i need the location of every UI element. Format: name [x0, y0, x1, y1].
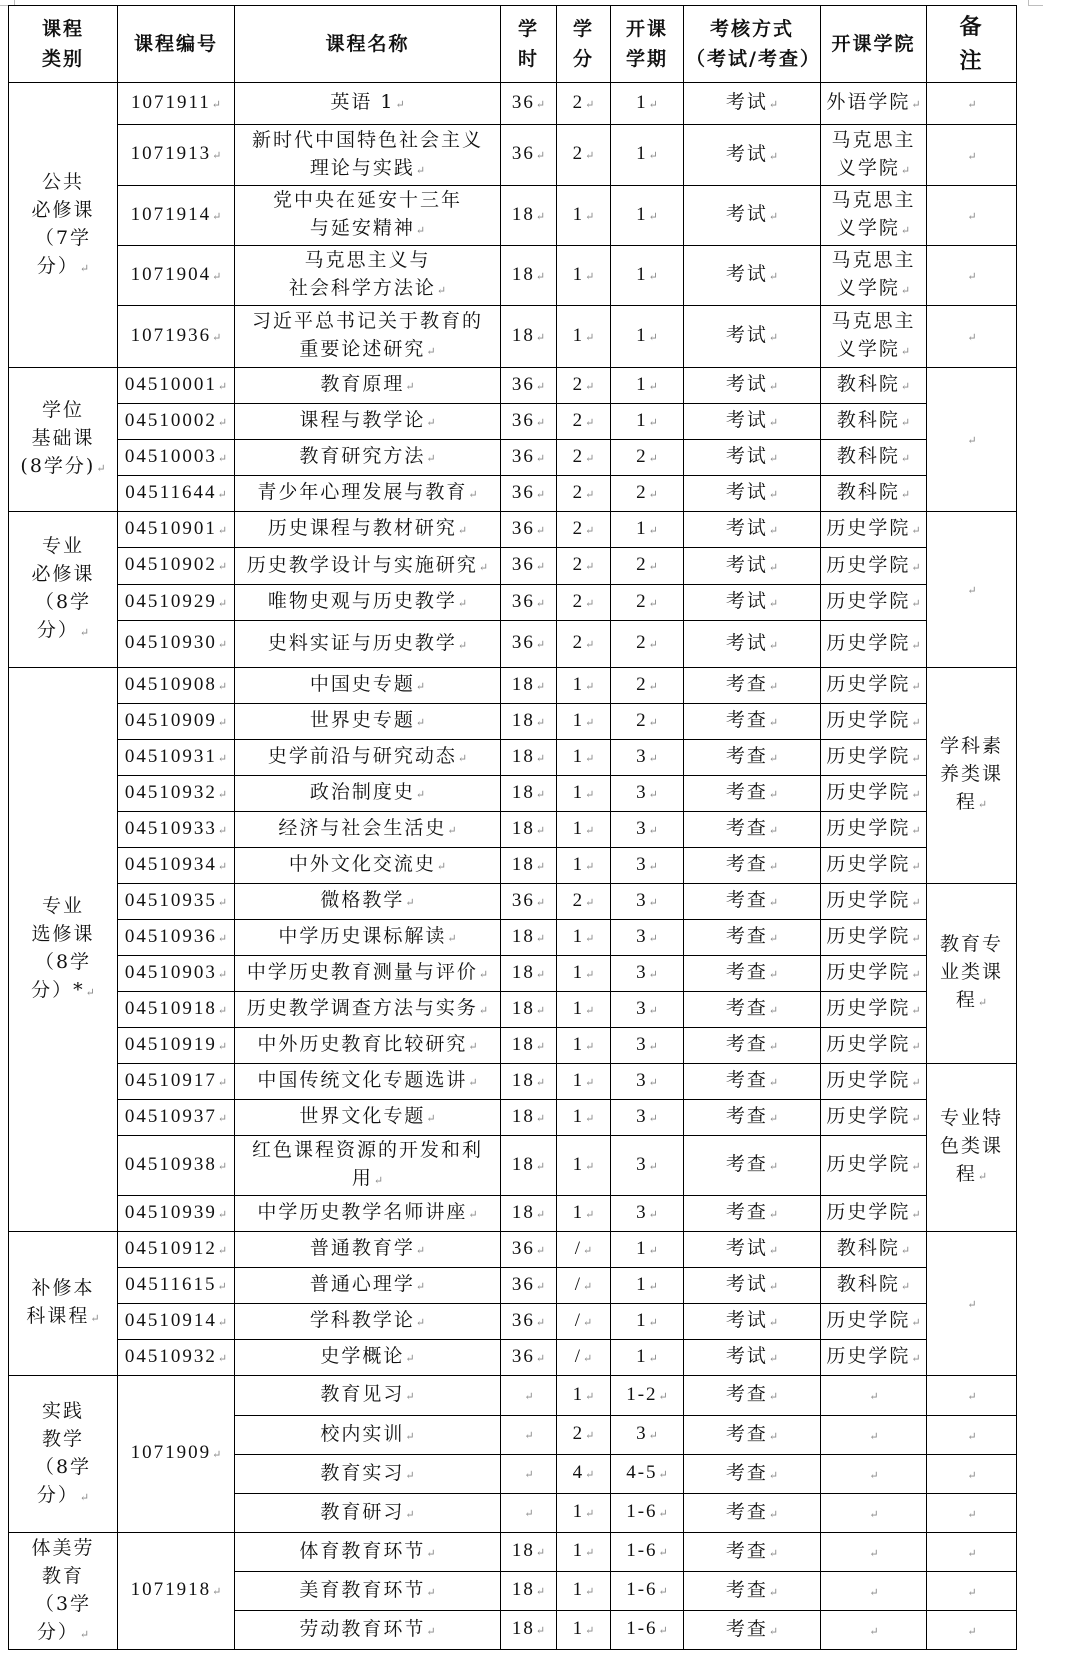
paragraph-mark-icon: ↵ [869, 1430, 878, 1443]
term-cell: 1↵ [611, 1232, 684, 1268]
paragraph-mark-icon: ↵ [769, 896, 778, 909]
course-name-cell: 教育见习↵ [235, 1376, 501, 1416]
paragraph-mark-icon: ↵ [585, 681, 594, 693]
remark-cell: ↵ [927, 1494, 1017, 1533]
hours-cell: 18↵ [501, 848, 557, 884]
college-cell-text: 历史学院 [826, 1201, 910, 1223]
paragraph-mark-icon: ↵ [536, 639, 545, 651]
assessment-cell-text: 考试 [726, 481, 768, 503]
category-cell: 补修本科课程↵ [9, 1232, 118, 1376]
credits-cell-text: 1 [573, 926, 585, 947]
paragraph-mark-icon: ↵ [585, 525, 594, 537]
paragraph-mark-icon: ↵ [80, 262, 89, 275]
course-name-cell: 青少年心理发展与教育↵ [235, 476, 501, 512]
credits-cell: 1↵ [557, 812, 611, 848]
credits-cell: 2↵ [557, 585, 611, 621]
paragraph-mark-icon: ↵ [869, 1390, 878, 1403]
college-cell: ↵ [821, 1455, 927, 1494]
paragraph-mark-icon: ↵ [585, 897, 594, 909]
hours-cell: 36↵ [501, 512, 557, 548]
paragraph-mark-icon: ↵ [218, 1281, 227, 1293]
hours-cell: 36↵ [501, 548, 557, 585]
credits-cell-text: 1 [573, 1106, 585, 1127]
course-code-cell-text: 04510932 [125, 782, 217, 803]
paragraph-mark-icon: ↵ [374, 1174, 383, 1187]
paragraph-mark-icon: ↵ [585, 489, 594, 501]
course-code-cell-text: 04510912 [125, 1238, 217, 1259]
paragraph-mark-icon: ↵ [585, 1077, 594, 1089]
term-cell: 1-6↵ [611, 1572, 684, 1611]
paragraph-mark-icon: ↵ [536, 861, 545, 873]
college-cell: 历史学院↵ [821, 1304, 927, 1340]
college-cell-text: 历史学院 [826, 1105, 910, 1127]
assessment-cell-text: 考查 [726, 745, 768, 767]
hours-cell-text: 18 [512, 325, 535, 346]
course-name-cell: 教育研究方法↵ [235, 440, 501, 476]
paragraph-mark-icon: ↵ [911, 788, 920, 801]
paragraph-mark-icon: ↵ [536, 789, 545, 801]
paragraph-mark-icon: ↵ [911, 752, 920, 765]
term-cell: 1-6↵ [611, 1533, 684, 1572]
paragraph-mark-icon: ↵ [536, 417, 545, 429]
assessment-cell: 考查↵ [684, 1494, 821, 1533]
college-cell: 教科院↵ [821, 1232, 927, 1268]
category-cell-text: 体美劳教育（3学分） [31, 1537, 94, 1643]
course-name-cell-text: 经济与社会生活史 [278, 817, 446, 839]
term-cell-text: 1 [636, 325, 648, 346]
paragraph-mark-icon: ↵ [659, 1508, 668, 1520]
paragraph-mark-icon: ↵ [769, 488, 778, 501]
paragraph-mark-icon: ↵ [468, 488, 477, 501]
paragraph-mark-icon: ↵ [468, 1076, 477, 1089]
college-cell-text: 历史学院 [826, 1069, 910, 1091]
category-cell-text: 学位基础课(8学分) [20, 399, 95, 477]
assessment-cell-text: 考查 [726, 1153, 768, 1175]
paragraph-mark-icon: ↵ [649, 1317, 658, 1329]
table-row: 04510919↵中外历史教育比较研究↵18↵1↵3↵考查↵历史学院↵ [9, 1028, 1017, 1064]
course-name-cell-text: 党中央在延安十三年与延安精神 [273, 189, 462, 239]
credits-cell: /↵ [557, 1340, 611, 1376]
paragraph-mark-icon: ↵ [536, 1245, 545, 1257]
assessment-cell: 考查↵ [684, 812, 821, 848]
hours-cell: 36↵ [501, 83, 557, 125]
course-code-cell: 04510902↵ [118, 548, 235, 585]
term-cell-text: 4-5 [626, 1462, 657, 1483]
paragraph-mark-icon: ↵ [536, 1077, 545, 1089]
credits-cell-text: 1 [573, 1579, 585, 1600]
college-cell: 历史学院↵ [821, 848, 927, 884]
hours-cell: ↵ [501, 1416, 557, 1455]
paragraph-mark-icon: ↵ [649, 417, 658, 429]
paragraph-mark-icon: ↵ [218, 1077, 227, 1089]
paragraph-mark-icon: ↵ [649, 1005, 658, 1017]
credits-cell-text: 1 [573, 710, 585, 731]
paragraph-mark-icon: ↵ [479, 1004, 488, 1017]
paragraph-mark-icon: ↵ [585, 453, 594, 465]
course-code-cell: 1071914↵ [118, 186, 235, 246]
credits-cell: 1↵ [557, 776, 611, 812]
assessment-cell: 考试↵ [684, 125, 821, 186]
credits-cell-text: 1 [573, 998, 585, 1019]
paragraph-mark-icon: ↵ [479, 561, 488, 574]
paragraph-mark-icon: ↵ [536, 271, 545, 283]
table-row: 04510929↵唯物史观与历史教学↵36↵2↵2↵考试↵历史学院↵ [9, 585, 1017, 621]
assessment-cell-text: 考查 [726, 1069, 768, 1091]
table-row: 04510937↵世界文化专题↵18↵1↵3↵考查↵历史学院↵ [9, 1100, 1017, 1136]
course-name-cell-text: 美育教育环节 [299, 1579, 425, 1601]
category-cell-text: 补修本科课程 [26, 1277, 94, 1327]
paragraph-mark-icon: ↵ [911, 1352, 920, 1365]
hours-cell: 18↵ [501, 1572, 557, 1611]
course-code-cell: 1071911↵ [118, 83, 235, 125]
term-cell: 3↵ [611, 1416, 684, 1455]
paragraph-mark-icon: ↵ [536, 99, 545, 111]
college-cell: 马克思主义学院↵ [821, 186, 927, 246]
credits-cell-text: 1 [573, 1540, 585, 1561]
assessment-cell-text: 考试 [726, 590, 768, 612]
course-code-cell-text: 04510934 [125, 854, 217, 875]
term-cell-text: 3 [636, 1070, 648, 1091]
paragraph-mark-icon: ↵ [585, 717, 594, 729]
course-name-cell-text: 中外文化交流史 [289, 853, 436, 875]
course-code-cell: 04511644↵ [118, 476, 235, 512]
paragraph-mark-icon: ↵ [536, 211, 545, 223]
course-code-cell-text: 04510935 [125, 890, 217, 911]
credits-cell-text: 1 [573, 1501, 585, 1522]
paragraph-mark-icon: ↵ [769, 932, 778, 945]
term-cell: 3↵ [611, 992, 684, 1028]
remark-cell: 教育专业类课程↵ [927, 884, 1017, 1064]
college-cell-text: 历史学院 [826, 745, 910, 767]
remark-cell: ↵ [927, 512, 1017, 668]
category-cell: 体美劳教育（3学分）↵ [9, 1533, 118, 1650]
college-cell-text: 历史学院 [826, 1153, 910, 1175]
course-code-cell-text: 1071936 [131, 325, 212, 346]
paragraph-mark-icon: ↵ [458, 597, 467, 610]
assessment-cell: 考查↵ [684, 1136, 821, 1196]
paragraph-mark-icon: ↵ [218, 897, 227, 909]
paragraph-mark-icon: ↵ [649, 150, 658, 162]
college-cell-text: 教科院 [837, 481, 900, 503]
course-name-cell: 世界史专题↵ [235, 704, 501, 740]
course-name-cell: 中外历史教育比较研究↵ [235, 1028, 501, 1064]
hours-cell: 36↵ [501, 1268, 557, 1304]
hours-cell: 36↵ [501, 440, 557, 476]
paragraph-mark-icon: ↵ [585, 1161, 594, 1173]
paragraph-mark-icon: ↵ [536, 453, 545, 465]
course-code-cell: 04510917↵ [118, 1064, 235, 1100]
course-name-cell-text: 政治制度史 [310, 781, 415, 803]
hours-cell-text: 18 [512, 204, 535, 225]
assessment-cell: 考查↵ [684, 1376, 821, 1416]
table-row: 04510938↵红色课程资源的开发和利用↵18↵1↵3↵考查↵历史学院↵ [9, 1136, 1017, 1196]
paragraph-mark-icon: ↵ [536, 150, 545, 162]
term-cell-text: 3 [636, 998, 648, 1019]
paragraph-mark-icon: ↵ [769, 639, 778, 652]
hours-cell-text: 18 [512, 1106, 535, 1127]
credits-cell-text: 1 [573, 325, 585, 346]
term-cell-text: 2 [636, 446, 648, 467]
header-assessment: 考核方式（考试/考查） [684, 6, 821, 83]
credits-cell: 1↵ [557, 1533, 611, 1572]
course-code-cell: 04510935↵ [118, 884, 235, 920]
college-cell-text: 教科院 [837, 373, 900, 395]
assessment-cell: 考试↵ [684, 368, 821, 404]
remark-cell: ↵ [927, 1416, 1017, 1455]
paragraph-mark-icon: ↵ [536, 1317, 545, 1329]
hours-cell: 36↵ [501, 404, 557, 440]
assessment-cell: 考查↵ [684, 1064, 821, 1100]
course-code-cell: 04510937↵ [118, 1100, 235, 1136]
course-code-cell: 04510932↵ [118, 776, 235, 812]
paragraph-mark-icon: ↵ [405, 1352, 414, 1365]
course-name-cell: 普通心理学↵ [235, 1268, 501, 1304]
course-code-cell-text: 04510919 [125, 1034, 217, 1055]
course-code-cell-text: 04510914 [125, 1310, 217, 1331]
table-row: 1071913↵新时代中国特色社会主义理论与实践↵36↵2↵1↵考试↵马克思主义… [9, 125, 1017, 186]
paragraph-mark-icon: ↵ [536, 969, 545, 981]
term-cell: 2↵ [611, 668, 684, 704]
paragraph-mark-icon: ↵ [536, 381, 545, 393]
assessment-cell: 考试↵ [684, 621, 821, 668]
paragraph-mark-icon: ↵ [437, 284, 446, 297]
course-name-cell-text: 学科教学论 [310, 1309, 415, 1331]
college-cell: 历史学院↵ [821, 512, 927, 548]
paragraph-mark-icon: ↵ [426, 345, 435, 358]
course-name-cell-text: 中学历史课标解读 [278, 925, 446, 947]
course-name-cell-text: 中外历史教育比较研究 [257, 1033, 467, 1055]
assessment-cell-text: 考试 [726, 203, 768, 225]
paragraph-mark-icon: ↵ [911, 597, 920, 610]
course-name-cell-text: 新时代中国特色社会主义理论与实践 [252, 129, 483, 179]
hours-cell: 36↵ [501, 1304, 557, 1340]
hours-cell-text: 18 [512, 854, 535, 875]
paragraph-mark-icon: ↵ [911, 932, 920, 945]
college-cell: 历史学院↵ [821, 740, 927, 776]
hours-cell: 36↵ [501, 476, 557, 512]
hours-cell-text: 18 [512, 818, 535, 839]
assessment-cell: 考试↵ [684, 440, 821, 476]
paragraph-mark-icon: ↵ [536, 897, 545, 909]
remark-cell: ↵ [927, 83, 1017, 125]
college-cell: 历史学院↵ [821, 668, 927, 704]
course-code-cell-text: 04510929 [125, 591, 217, 612]
table-row: 专业必修课（8学分）↵04510901↵历史课程与教材研究↵36↵2↵1↵考试↵… [9, 512, 1017, 548]
term-cell: 1↵ [611, 1304, 684, 1340]
paragraph-mark-icon: ↵ [405, 1469, 414, 1482]
hours-cell: 36↵ [501, 368, 557, 404]
course-code-cell: 04510001↵ [118, 368, 235, 404]
paragraph-mark-icon: ↵ [218, 598, 227, 610]
course-code-cell: 04510002↵ [118, 404, 235, 440]
college-cell: 历史学院↵ [821, 704, 927, 740]
credits-cell: 2↵ [557, 125, 611, 186]
hours-cell: 18↵ [501, 306, 557, 368]
term-cell-text: 3 [636, 818, 648, 839]
paragraph-mark-icon: ↵ [585, 639, 594, 651]
hours-cell: 36↵ [501, 621, 557, 668]
paragraph-mark-icon: ↵ [769, 680, 778, 693]
paragraph-mark-icon: ↵ [585, 1508, 594, 1520]
term-cell-text: 1 [636, 92, 648, 113]
paragraph-mark-icon: ↵ [901, 224, 910, 237]
paragraph-mark-icon: ↵ [585, 99, 594, 111]
credits-cell-text: 2 [573, 143, 585, 164]
course-name-cell: 世界文化专题↵ [235, 1100, 501, 1136]
paragraph-mark-icon: ↵ [769, 597, 778, 610]
paragraph-mark-icon: ↵ [911, 1112, 920, 1125]
paragraph-mark-icon: ↵ [458, 639, 467, 652]
term-cell-text: 1 [636, 1346, 648, 1367]
term-cell: 3↵ [611, 1064, 684, 1100]
term-cell: 3↵ [611, 1028, 684, 1064]
course-name-cell: 微格教学↵ [235, 884, 501, 920]
table-row: 04510933↵经济与社会生活史↵18↵1↵3↵考查↵历史学院↵ [9, 812, 1017, 848]
paragraph-mark-icon: ↵ [649, 561, 658, 573]
course-code-cell-text: 04510936 [125, 926, 217, 947]
paragraph-mark-icon: ↵ [218, 381, 227, 393]
course-name-cell-text: 历史课程与教材研究 [268, 517, 457, 539]
paragraph-mark-icon: ↵ [649, 1209, 658, 1221]
course-code-cell: 04510919↵ [118, 1028, 235, 1064]
paragraph-mark-icon: ↵ [901, 452, 910, 465]
hours-cell: ↵ [501, 1376, 557, 1416]
table-row: 04510934↵中外文化交流史↵18↵1↵3↵考查↵历史学院↵ [9, 848, 1017, 884]
paragraph-mark-icon: ↵ [86, 986, 95, 999]
course-name-cell: 史学概论↵ [235, 1340, 501, 1376]
paragraph-mark-icon: ↵ [869, 1547, 878, 1560]
credits-cell: 4↵ [557, 1455, 611, 1494]
paragraph-mark-icon: ↵ [769, 1430, 778, 1443]
remark-cell: ↵ [927, 125, 1017, 186]
course-code-cell-text: 04510901 [125, 518, 217, 539]
course-code-cell: 04510934↵ [118, 848, 235, 884]
paragraph-mark-icon: ↵ [659, 1586, 668, 1598]
paragraph-mark-icon: ↵ [218, 753, 227, 765]
hours-cell-text: 18 [512, 1154, 535, 1175]
remark-cell: ↵ [927, 1572, 1017, 1611]
paragraph-mark-icon: ↵ [536, 1113, 545, 1125]
category-cell: 学位基础课(8学分)↵ [9, 368, 118, 512]
course-name-cell: 政治制度史↵ [235, 776, 501, 812]
term-cell-text: 3 [636, 962, 648, 983]
hours-cell-text: 18 [512, 1618, 535, 1639]
paragraph-mark-icon: ↵ [536, 1281, 545, 1293]
paragraph-mark-icon: ↵ [426, 1547, 435, 1560]
paragraph-mark-icon: ↵ [524, 1469, 533, 1481]
assessment-cell-text: 考试 [726, 143, 768, 165]
course-name-cell-text: 体育教育环节 [299, 1540, 425, 1562]
paragraph-mark-icon: ↵ [649, 969, 658, 981]
term-cell-text: 2 [636, 710, 648, 731]
assessment-cell-text: 考查 [726, 925, 768, 947]
college-cell-text: 历史学院 [826, 817, 910, 839]
paragraph-mark-icon: ↵ [901, 380, 910, 393]
paragraph-mark-icon: ↵ [769, 860, 778, 873]
assessment-cell: 考试↵ [684, 476, 821, 512]
paragraph-mark-icon: ↵ [769, 98, 778, 111]
paragraph-mark-icon: ↵ [437, 860, 446, 873]
category-cell: 实践教学（8学分）↵ [9, 1376, 118, 1533]
paragraph-mark-icon: ↵ [978, 1170, 987, 1183]
paragraph-mark-icon: ↵ [911, 1076, 920, 1089]
credits-cell: 2↵ [557, 368, 611, 404]
hours-cell: 36↵ [501, 125, 557, 186]
paragraph-mark-icon: ↵ [536, 489, 545, 501]
hours-cell-text: 18 [512, 782, 535, 803]
category-cell: 专业选修课（8学分）*↵ [9, 668, 118, 1232]
paragraph-mark-icon: ↵ [416, 1316, 425, 1329]
assessment-cell: 考试↵ [684, 306, 821, 368]
paragraph-mark-icon: ↵ [659, 1469, 668, 1481]
course-name-cell: 红色课程资源的开发和利用↵ [235, 1136, 501, 1196]
hours-cell: 36↵ [501, 1340, 557, 1376]
assessment-cell-text: 考试 [726, 1237, 768, 1259]
paragraph-mark-icon: ↵ [769, 1625, 778, 1638]
term-cell: 3↵ [611, 920, 684, 956]
credits-cell-text: 2 [573, 890, 585, 911]
paragraph-mark-icon: ↵ [468, 1040, 477, 1053]
course-code-cell-text: 04510917 [125, 1070, 217, 1091]
hours-cell-text: 18 [512, 1034, 535, 1055]
term-cell-text: 3 [636, 890, 648, 911]
paragraph-mark-icon: ↵ [649, 639, 658, 651]
college-cell: 教科院↵ [821, 1268, 927, 1304]
credits-cell-text: 1 [573, 782, 585, 803]
hours-cell: 18↵ [501, 992, 557, 1028]
assessment-cell-text: 考试 [726, 1345, 768, 1367]
assessment-cell-text: 考查 [726, 1462, 768, 1484]
course-code-cell-text: 04510909 [125, 710, 217, 731]
paragraph-mark-icon: ↵ [769, 150, 778, 163]
hours-cell-text: 36 [512, 446, 535, 467]
paragraph-mark-icon: ↵ [585, 789, 594, 801]
paragraph-mark-icon: ↵ [769, 1208, 778, 1221]
paragraph-mark-icon: ↵ [649, 825, 658, 837]
college-cell: 马克思主义学院↵ [821, 125, 927, 186]
term-cell-text: 1-2 [626, 1384, 657, 1405]
paragraph-mark-icon: ↵ [967, 1298, 976, 1311]
course-name-cell: 教育原理↵ [235, 368, 501, 404]
table-row: 04510909↵世界史专题↵18↵1↵2↵考查↵历史学院↵ [9, 704, 1017, 740]
assessment-cell: 考试↵ [684, 83, 821, 125]
paragraph-mark-icon: ↵ [769, 1469, 778, 1482]
paragraph-mark-icon: ↵ [769, 1040, 778, 1053]
term-cell: 3↵ [611, 884, 684, 920]
paragraph-mark-icon: ↵ [769, 1160, 778, 1173]
course-name-cell-text: 校内实训 [320, 1423, 404, 1445]
term-cell: 1↵ [611, 246, 684, 306]
table-row: 1071936↵习近平总书记关于教育的重要论述研究↵18↵1↵1↵考试↵马克思主… [9, 306, 1017, 368]
paragraph-mark-icon: ↵ [218, 861, 227, 873]
assessment-cell-text: 考试 [726, 445, 768, 467]
header-name: 课程名称 [235, 6, 501, 83]
course-code-cell-text: 1071914 [131, 204, 212, 225]
assessment-cell-text: 考查 [726, 1383, 768, 1405]
credits-cell-text: / [575, 1346, 582, 1367]
term-cell: 3↵ [611, 776, 684, 812]
course-name-cell-text: 教育见习 [320, 1383, 404, 1405]
hours-cell: 18↵ [501, 812, 557, 848]
assessment-cell-text: 考试 [726, 554, 768, 576]
credits-cell: 1↵ [557, 1028, 611, 1064]
credits-cell-text: 2 [573, 410, 585, 431]
paragraph-mark-icon: ↵ [649, 1353, 658, 1365]
course-code-cell: 1071936↵ [118, 306, 235, 368]
paragraph-mark-icon: ↵ [769, 1004, 778, 1017]
paragraph-mark-icon: ↵ [212, 99, 221, 111]
assessment-cell-text: 考查 [726, 853, 768, 875]
